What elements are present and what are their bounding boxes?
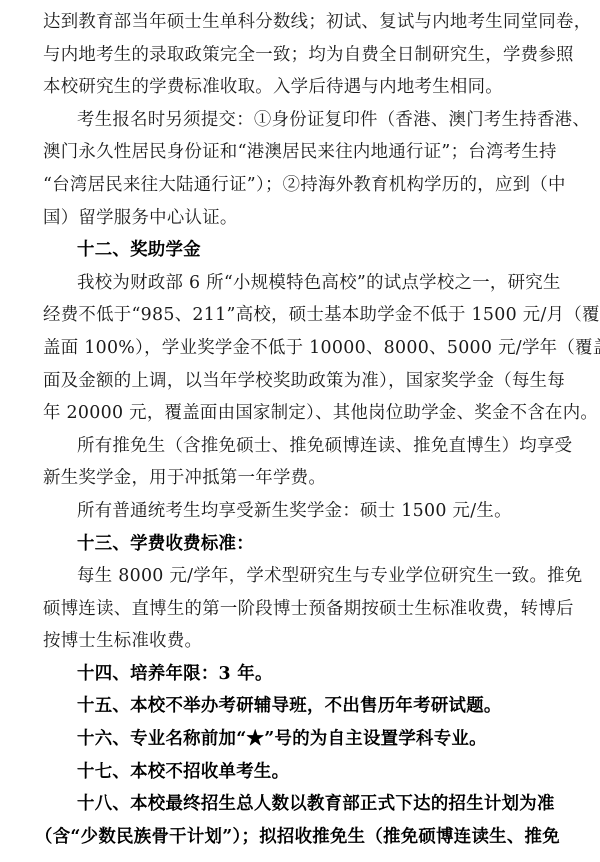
section-heading-tuition: 十三、学费收费标准：: [43, 528, 546, 561]
section-heading-scholarship: 十二、奖助学金: [43, 234, 546, 267]
paragraph-line: 与内地考生的录取政策完全一致；均为自费全日制研究生，学费参照: [43, 39, 546, 72]
document-page: 达到教育部当年硕士生单科分数线；初试、复试与内地考生同堂同卷， 与内地考生的录取…: [43, 6, 546, 853]
paragraph-line: 硕博连读、直博生的第一阶段博士预备期按硕士生标准收费，转博后: [43, 593, 546, 626]
section-heading-star-majors: 十六、专业名称前加“★”号的为自主设置学科专业。: [43, 723, 546, 756]
paragraph-line: 面及金额的上调，以当年学校奖助政策为准），国家奖学金（每生每: [43, 365, 546, 398]
section-heading-enrollment-total: 十八、本校最终招生总人数以教育部正式下达的招生计划为准: [43, 788, 546, 821]
section-heading-no-single-exam: 十七、本校不招收单考生。: [43, 756, 546, 789]
paragraph-line: 所有普通统考生均享受新生奖学金：硕士 1500 元/生。: [43, 495, 546, 528]
paragraph-line: 新生奖学金，用于冲抵第一年学费。: [43, 462, 546, 495]
paragraph-line: 我校为财政部 6 所“小规模特色高校”的试点学校之一，研究生: [43, 267, 546, 300]
paragraph-line: 澳门永久性居民身份证和“港澳居民来往内地通行证”；台湾考生持: [43, 136, 546, 169]
paragraph-line: 经费不低于“985、211”高校，硕士基本助学金不低于 1500 元/月（覆: [43, 299, 546, 332]
section-heading-duration: 十四、培养年限：3 年。: [43, 658, 546, 691]
paragraph-line: 本校研究生的学费标准收取。入学后待遇与内地考生相同。: [43, 71, 546, 104]
paragraph-line: 按博士生标准收费。: [43, 625, 546, 658]
paragraph-line: 盖面 100%），学业奖学金不低于 10000、8000、5000 元/学年（覆…: [43, 332, 546, 365]
section-heading-no-tutoring: 十五、本校不举办考研辅导班，不出售历年考研试题。: [43, 690, 546, 723]
paragraph-line: “台湾居民来往大陆通行证”）；②持海外教育机构学历的，应到（中: [43, 169, 546, 202]
paragraph-line: 考生报名时另须提交：①身份证复印件（香港、澳门考生持香港、: [43, 104, 546, 137]
paragraph-line: 所有推免生（含推免硕士、推免硕博连读、推免直博生）均享受: [43, 430, 546, 463]
paragraph-line: 国）留学服务中心认证。: [43, 202, 546, 235]
paragraph-line: 达到教育部当年硕士生单科分数线；初试、复试与内地考生同堂同卷，: [43, 6, 546, 39]
paragraph-line: 年 20000 元，覆盖面由国家制定）、其他岗位助学金、奖金不含在内。: [43, 397, 546, 430]
paragraph-line: （含“少数民族骨干计划”）；拟招收推免生（推免硕博连读生、推免: [35, 821, 546, 854]
paragraph-line: 每生 8000 元/学年，学术型研究生与专业学位研究生一致。推免: [43, 560, 546, 593]
